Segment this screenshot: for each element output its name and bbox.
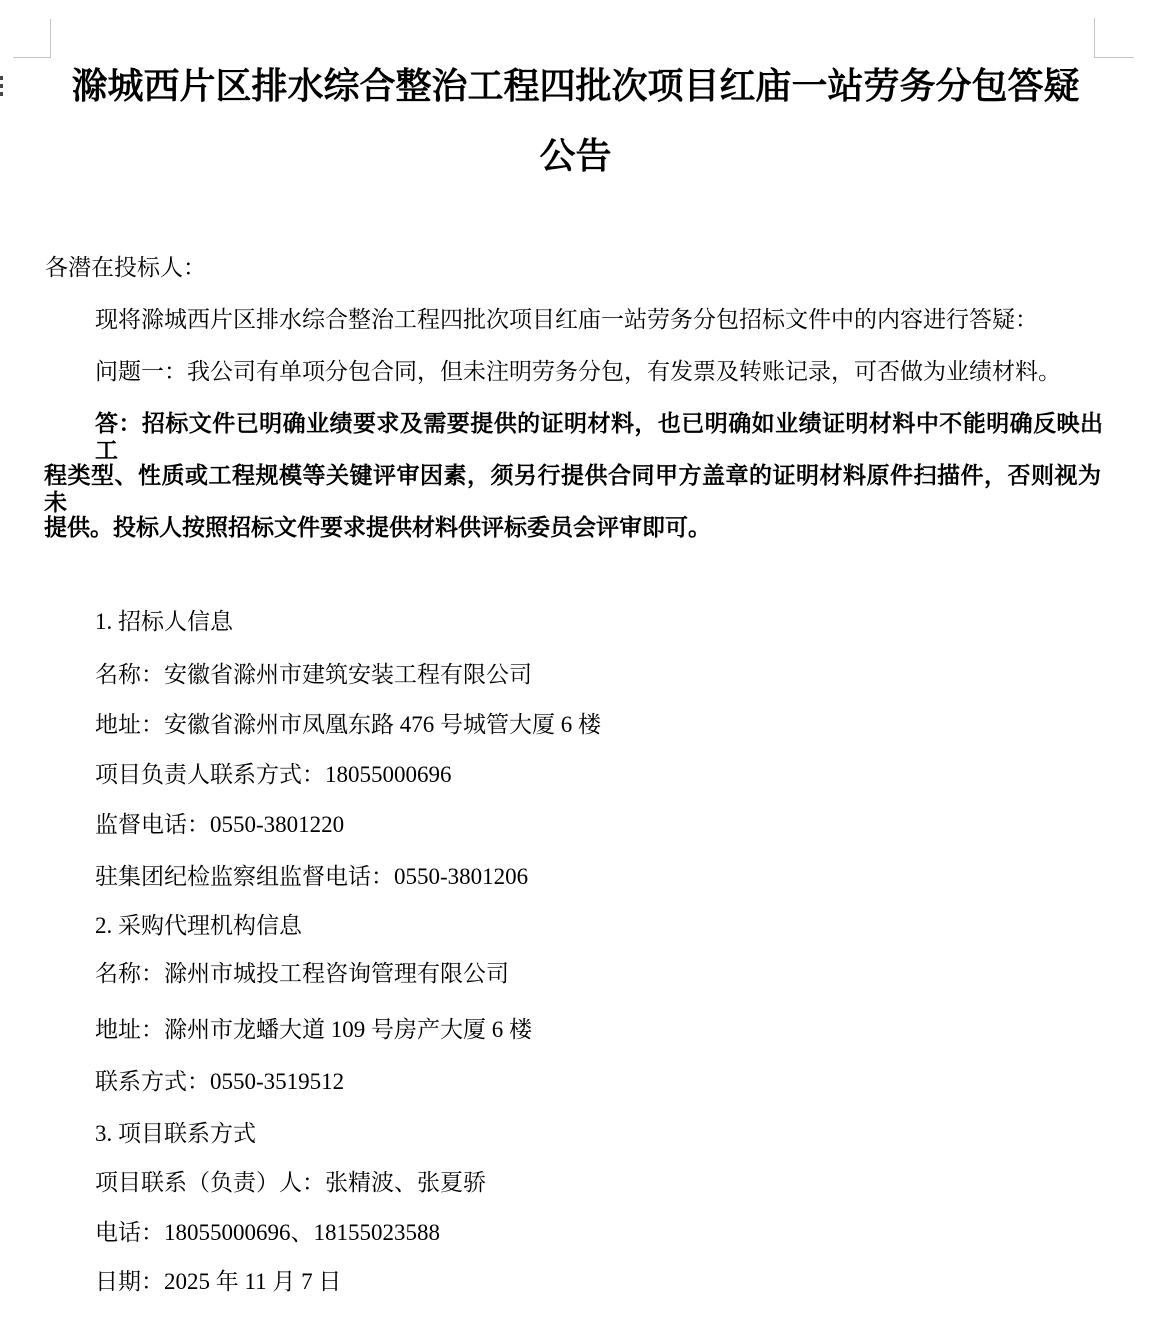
- section-3-date-line: 日期：2025 年 11 月 7 日: [95, 1268, 341, 1295]
- document-title-line2: 公告: [0, 121, 1151, 191]
- section-3-heading: 3. 项目联系方式: [95, 1120, 256, 1147]
- answer-line-3: 提供。投标人按照招标文件要求提供材料供评标委员会评审即可。: [44, 514, 711, 541]
- section-3-contact-person-line: 项目联系（负责）人：张精波、张夏骄: [95, 1169, 486, 1196]
- section-1-name-line: 名称：安徽省滁州市建筑安装工程有限公司: [95, 661, 532, 688]
- section-1-contact-line: 项目负责人联系方式：18055000696: [95, 761, 452, 788]
- document-title: 滁城西片区排水综合整治工程四批次项目红庙一站劳务分包答疑 公告: [0, 51, 1151, 191]
- section-1-address-line: 地址：安徽省滁州市凤凰东路 476 号城管大厦 6 楼: [95, 711, 601, 738]
- document-page: 滁城西片区排水综合整治工程四批次项目红庙一站劳务分包答疑 公告 各潜在投标人： …: [0, 0, 1151, 1332]
- intro-paragraph: 现将滁城西片区排水综合整治工程四批次项目红庙一站劳务分包招标文件中的内容进行答疑…: [95, 306, 1038, 333]
- section-1-supervise-phone-line: 监督电话：0550-3801220: [95, 811, 344, 838]
- salutation-line: 各潜在投标人：: [45, 254, 206, 281]
- section-1-discipline-phone-line: 驻集团纪检监察组监督电话：0550-3801206: [95, 863, 528, 890]
- question-paragraph: 问题一：我公司有单项分包合同，但未注明劳务分包，有发票及转账记录，可否做为业绩材…: [95, 358, 1061, 385]
- section-1-heading: 1. 招标人信息: [95, 608, 233, 635]
- document-title-line1: 滁城西片区排水综合整治工程四批次项目红庙一站劳务分包答疑: [0, 51, 1151, 121]
- section-2-address-line: 地址：滁州市龙蟠大道 109 号房产大厦 6 楼: [95, 1016, 532, 1043]
- section-2-heading: 2. 采购代理机构信息: [95, 912, 302, 939]
- section-2-contact-line: 联系方式：0550-3519512: [95, 1068, 344, 1095]
- section-2-name-line: 名称：滁州市城投工程咨询管理有限公司: [95, 960, 509, 987]
- answer-line-2: 程类型、性质或工程规模等关键评审因素，须另行提供合同甲方盖章的证明材料原件扫描件…: [44, 462, 1101, 516]
- answer-line-1: 答：招标文件已明确业绩要求及需要提供的证明材料，也已明确如业绩证明材料中不能明确…: [95, 410, 1103, 464]
- section-3-phone-line: 电话：18055000696、18155023588: [95, 1219, 440, 1246]
